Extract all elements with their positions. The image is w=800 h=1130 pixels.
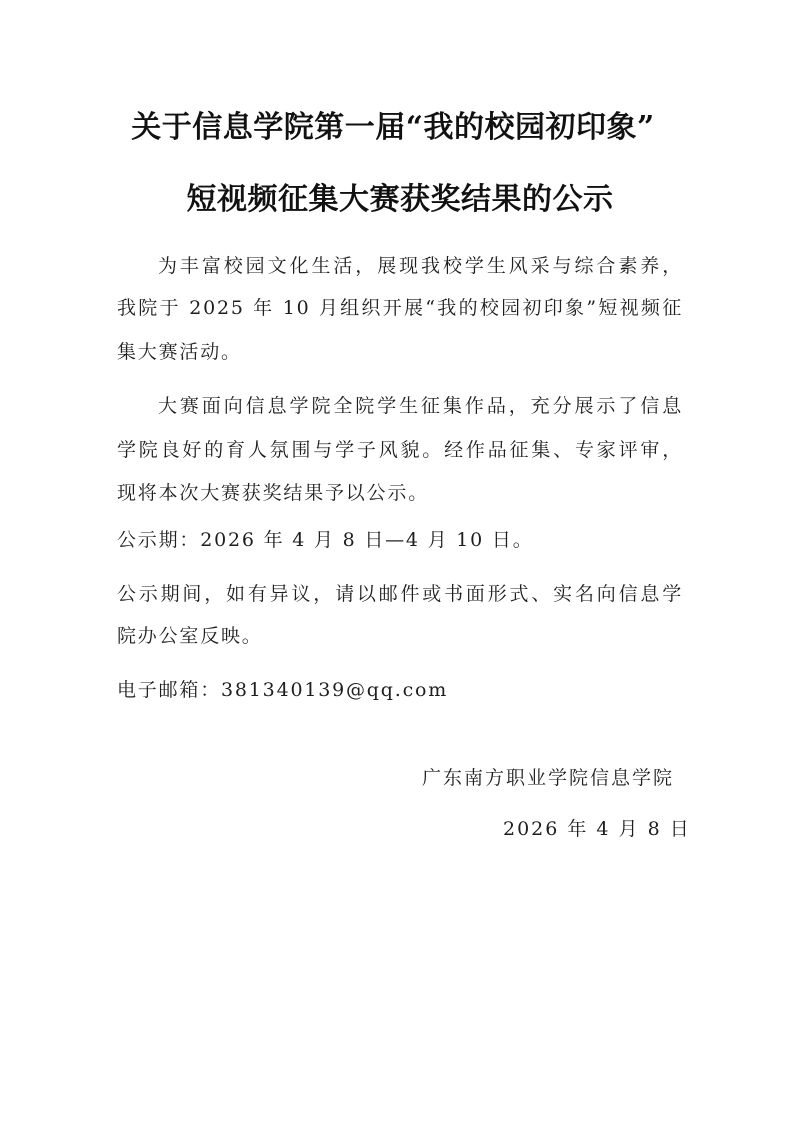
signature-organization: 广东南方职业学院信息学院 [422, 766, 674, 790]
paragraph-line: 集大赛活动。 [117, 340, 683, 364]
signature-date: 2026 年 4 月 8 日 [503, 817, 691, 841]
email-address: 381340139@qq.com [221, 679, 448, 701]
paragraph-line: 为丰富校园文化生活，展现我校学生风采与综合素养， [158, 254, 683, 278]
paragraph-line: 公示期间，如有异议，请以邮件或书面形式、实名向信息学 [117, 582, 683, 606]
document-title-line-2: 短视频征集大赛获奖结果的公示 [0, 182, 800, 218]
paragraph-line: 大赛面向信息学院全院学生征集作品，充分展示了信息 [158, 394, 683, 418]
paragraph-line: 现将本次大赛获奖结果予以公示。 [117, 481, 683, 505]
contact-email-line: 电子邮箱：381340139@qq.com [117, 678, 683, 702]
document-title-line-1: 关于信息学院第一届“我的校园初印象” [0, 110, 793, 146]
paragraph-line: 我院于 2025 年 10 月组织开展“我的校园初印象”短视频征 [117, 296, 683, 320]
paragraph-line: 学院良好的育人氛围与学子风貌。经作品征集、专家评审， [117, 438, 683, 462]
email-label: 电子邮箱： [117, 679, 221, 701]
paragraph-line: 院办公室反映。 [117, 624, 683, 648]
document-page: 关于信息学院第一届“我的校园初印象” 短视频征集大赛获奖结果的公示 为丰富校园文… [0, 0, 800, 1130]
publicity-period: 公示期：2026 年 4 月 8 日—4 月 10 日。 [117, 528, 683, 552]
